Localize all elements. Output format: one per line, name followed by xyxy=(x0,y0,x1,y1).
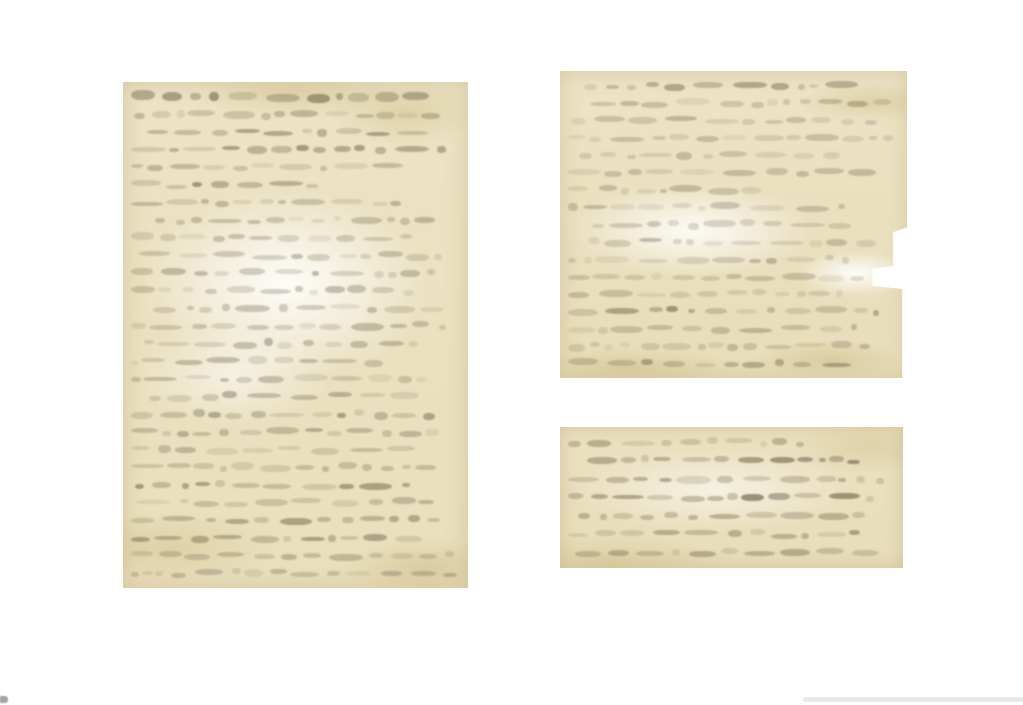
scanned-page-right-bottom xyxy=(560,427,903,568)
horizontal-scrollbar-thumb[interactable] xyxy=(803,697,1023,702)
scan-artifact-mark xyxy=(0,696,8,703)
scanned-page-right-top xyxy=(560,71,907,378)
scanned-page-left xyxy=(123,82,468,588)
document-viewer-canvas xyxy=(0,0,1023,705)
